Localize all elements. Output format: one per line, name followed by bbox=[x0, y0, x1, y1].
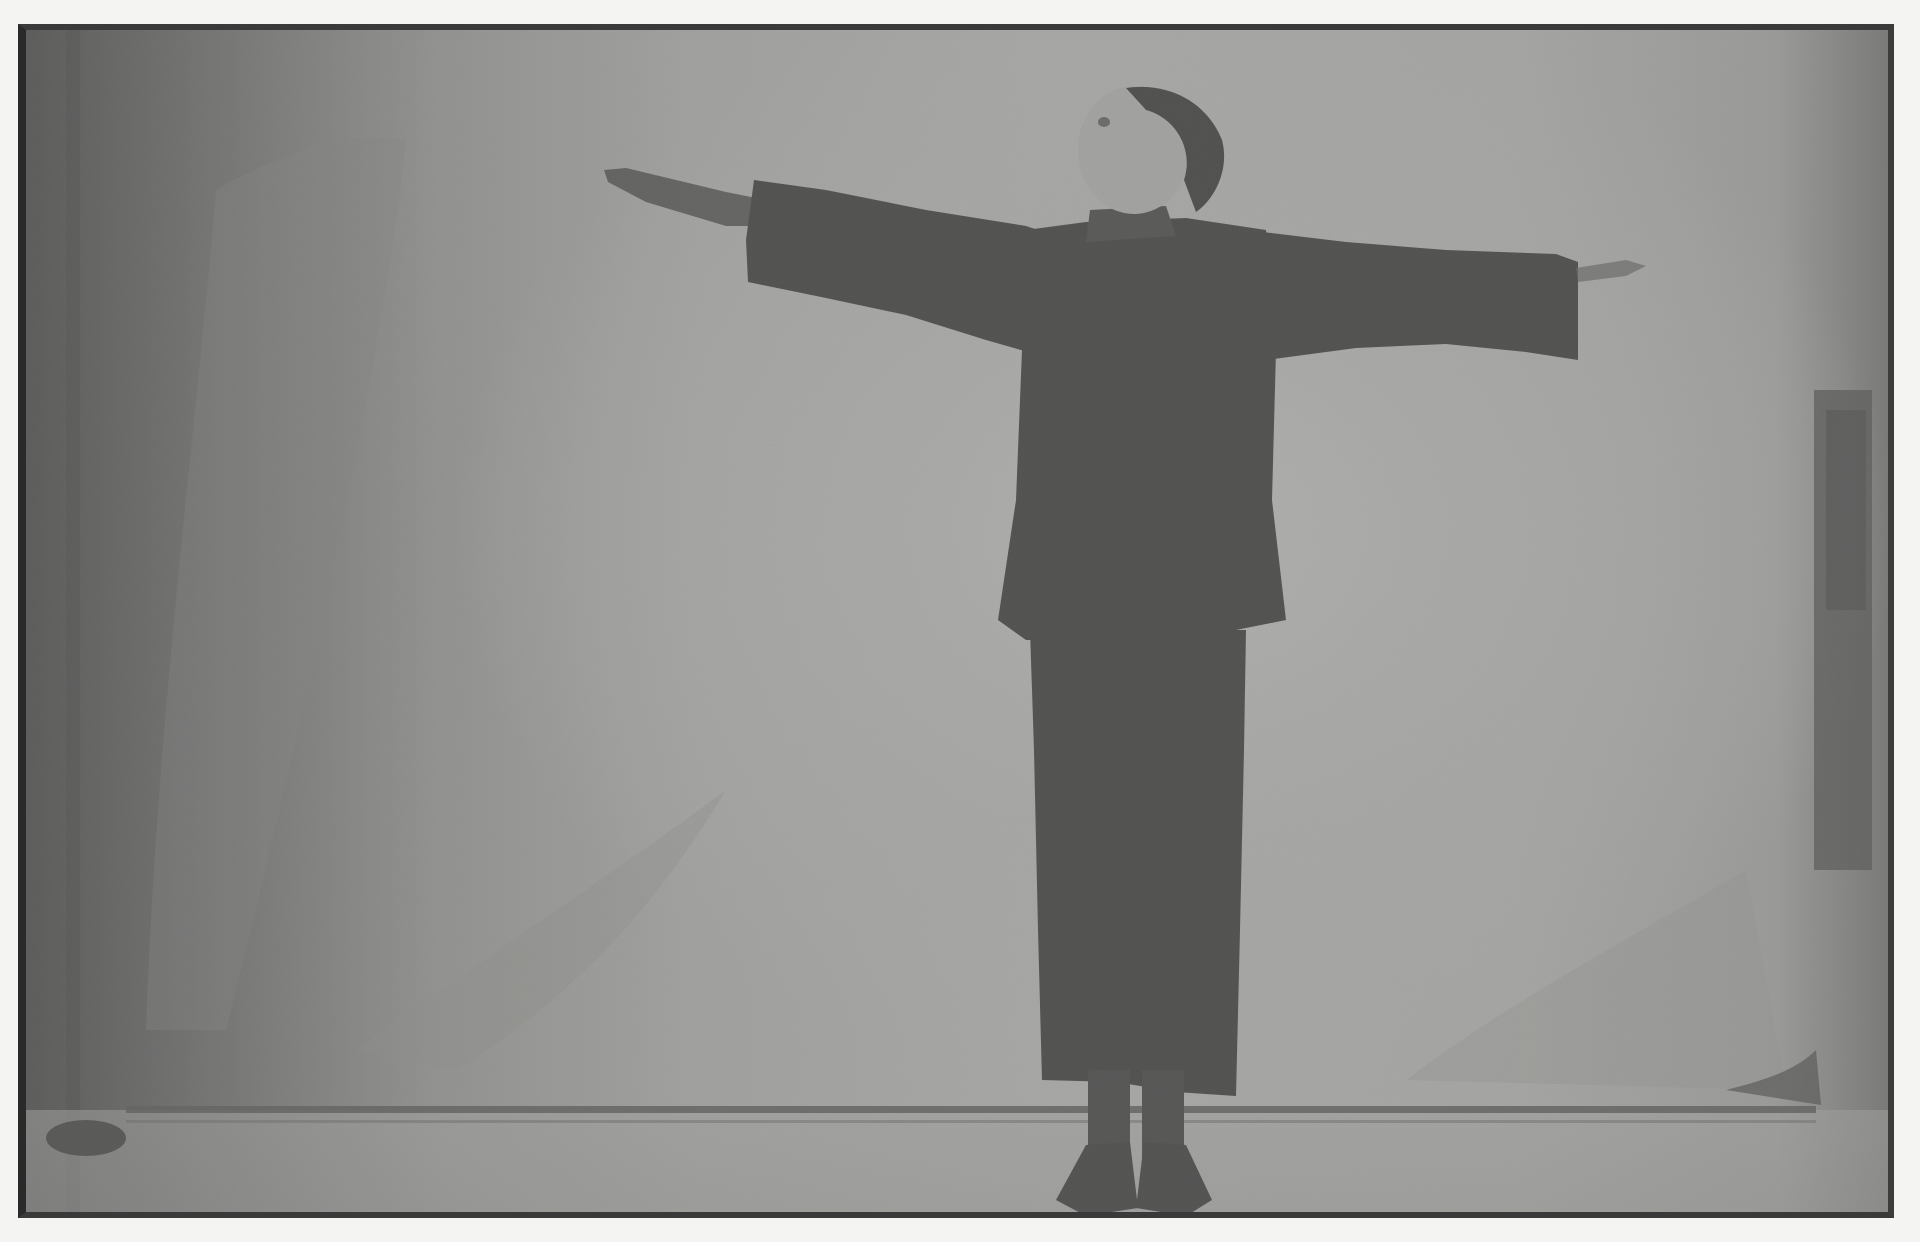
photograph bbox=[18, 24, 1894, 1218]
photo-scene bbox=[26, 30, 1888, 1212]
